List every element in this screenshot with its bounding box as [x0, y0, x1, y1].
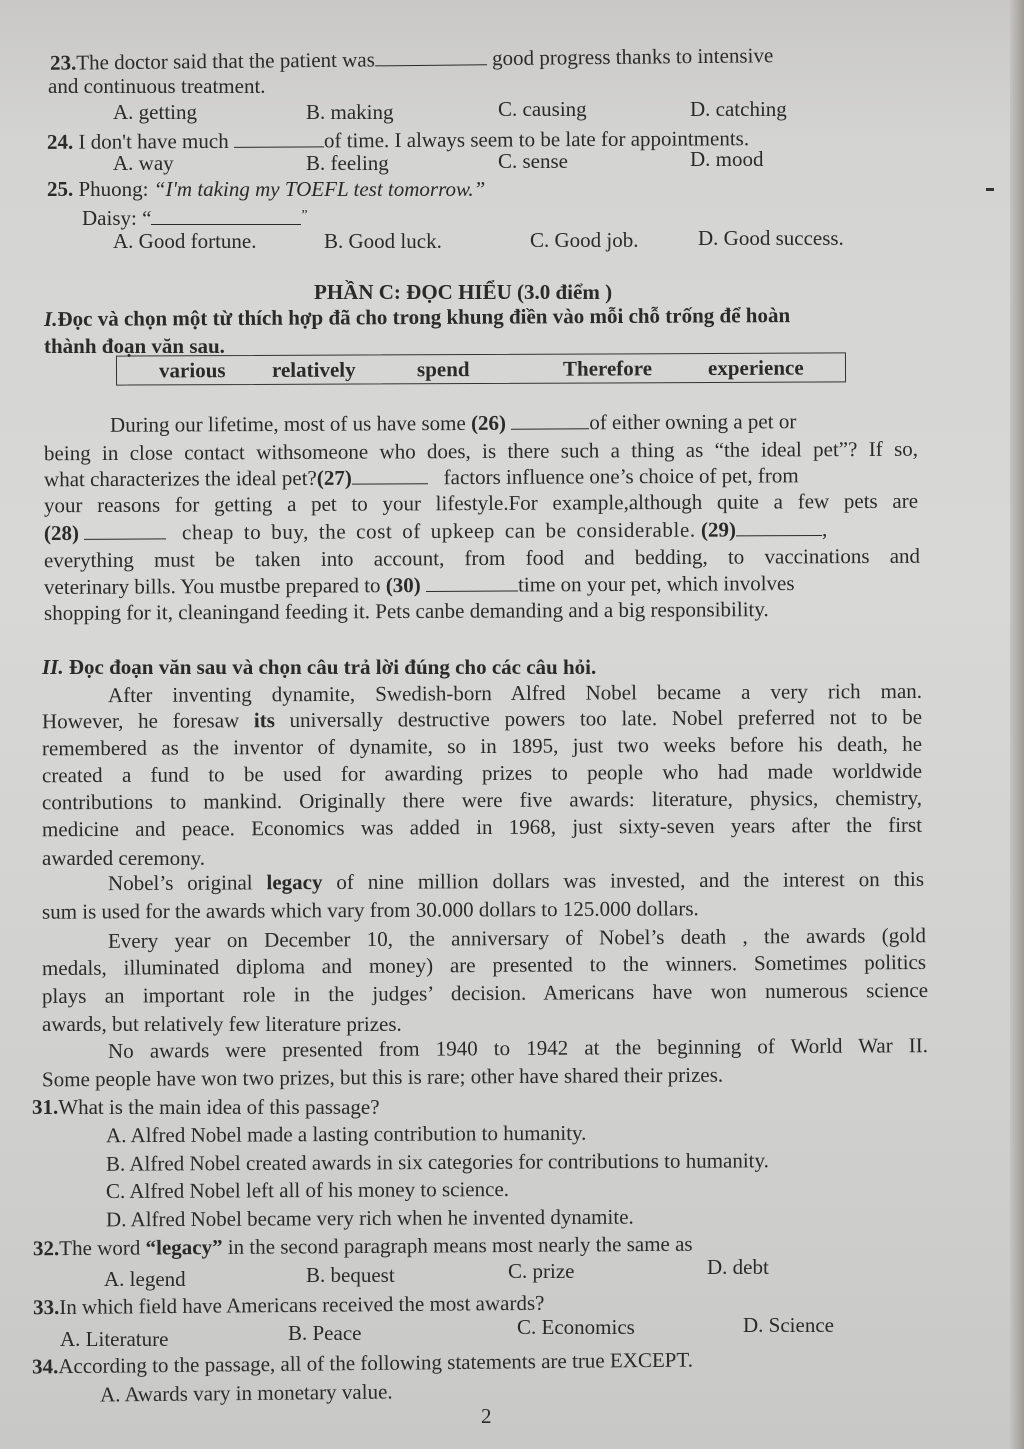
answer-blank[interactable] — [511, 410, 589, 429]
passage1-line: veterinary bills. You mustbe prepared to… — [44, 570, 795, 600]
passage-text: cheap to buy, the cost of upkeep can be … — [182, 518, 696, 545]
word-option[interactable]: spend — [417, 357, 470, 381]
question-number: 25. — [47, 177, 73, 201]
blank-number: (30) — [386, 573, 421, 597]
question-number: 32. — [33, 1236, 59, 1260]
word-option[interactable]: experience — [708, 356, 804, 380]
option-a[interactable]: A. Alfred Nobel made a lasting contribut… — [106, 1120, 587, 1149]
option-b[interactable]: B. bequest — [306, 1262, 395, 1288]
passage1-line: everything must be taken into account, f… — [44, 543, 920, 574]
passage2-line: created a fund to be used for awarding p… — [42, 758, 922, 789]
passage2-line: medicine and peace. Economics was added … — [42, 812, 922, 843]
instruction-text: Đọc và chọn một từ thích hợp đã cho tron… — [57, 303, 790, 331]
answer-blank[interactable] — [84, 520, 166, 539]
page-number: 2 — [481, 1403, 492, 1429]
part1-instruction: I.Đọc và chọn một từ thích hợp đã cho tr… — [44, 302, 790, 332]
word-box: various relatively spend Therefore exper… — [116, 352, 846, 385]
speaker-label: Daisy: “ — [82, 206, 151, 230]
option-a[interactable]: A. legend — [104, 1266, 186, 1292]
passage2-line: plays an important role in the judges’ d… — [42, 977, 928, 1009]
passage-text: Nobel’s original — [108, 870, 267, 895]
passage2-line: However, he foresaw its universally dest… — [42, 704, 922, 735]
option-c[interactable]: C. Economics — [517, 1314, 635, 1340]
blank-number: (28) — [44, 521, 79, 545]
exam-page: 23.The doctor said that the patient was … — [0, 0, 1024, 1449]
answer-blank[interactable] — [234, 122, 324, 147]
option-b[interactable]: B. Alfred Nobel created awards in six ca… — [106, 1147, 769, 1176]
question-text: The doctor said that the patient was — [76, 47, 375, 74]
option-a[interactable]: A. way — [113, 150, 174, 176]
passage2-line: No awards were presented from 1940 to 19… — [108, 1032, 928, 1064]
option-d[interactable]: D. Science — [743, 1312, 834, 1338]
part2-instruction: II. Đọc đoạn văn sau và chọn câu trả lời… — [42, 654, 596, 680]
passage-text: veterinary bills. You mustbe prepared to — [44, 573, 386, 599]
passage-text: time on your pet, which involves — [518, 571, 795, 596]
option-c[interactable]: C. Good job. — [530, 227, 639, 253]
passage-text: of nine million dollars was invested, an… — [322, 867, 924, 894]
page-edge-shadow — [1010, 0, 1024, 1449]
stray-mark — [986, 188, 994, 191]
question-32: 32.The word “legacy” in the second parag… — [33, 1231, 693, 1262]
question-31: 31.What is the main idea of this passage… — [32, 1094, 380, 1120]
option-c[interactable]: C. sense — [498, 148, 568, 174]
question-text: in the second paragraph means most nearl… — [222, 1232, 692, 1259]
highlighted-word: its — [254, 708, 275, 732]
option-d[interactable]: D. mood — [690, 146, 764, 172]
question-23: 23.The doctor said that the patient was … — [50, 42, 773, 76]
passage2-line: Nobel’s original legacy of nine million … — [108, 866, 924, 896]
word-option[interactable]: relatively — [272, 358, 356, 382]
answer-blank[interactable] — [352, 465, 428, 484]
passage2-line: medals, illuminated diploma and money) a… — [42, 949, 926, 981]
passage2-line: awards, but relatively few literature pr… — [42, 1011, 402, 1037]
question-23-continued: and continuous treatment. — [48, 73, 266, 99]
speaker-label: Phuong: — [79, 177, 149, 201]
passage-text: However, he foresaw — [42, 708, 254, 733]
question-25: 25. Phuong: “I'm taking my TOEFL test to… — [47, 176, 485, 202]
option-c[interactable]: C. prize — [508, 1258, 574, 1284]
question-text: In which field have Americans received t… — [59, 1291, 544, 1319]
blank-number: (27) — [317, 466, 352, 490]
passage-text: universally destructive powers too late.… — [275, 705, 922, 732]
passage2-line: Some people have won two prizes, but thi… — [42, 1062, 723, 1093]
passage2-line: awarded ceremony. — [42, 845, 205, 871]
passage1-line: your reasons for getting a pet to your l… — [44, 488, 918, 519]
option-d[interactable]: D. debt — [707, 1254, 769, 1280]
answer-blank[interactable] — [151, 202, 301, 225]
passage-text: During our lifetime, most of us have som… — [110, 411, 471, 437]
answer-blank[interactable] — [426, 572, 518, 591]
option-c[interactable]: C. causing — [498, 96, 587, 122]
question-number: 23. — [50, 51, 76, 75]
passage1-line: During our lifetime, most of us have som… — [110, 408, 796, 438]
word-option[interactable]: Therefore — [563, 356, 652, 380]
blank-number: (26) — [471, 411, 506, 435]
option-b[interactable]: B. feeling — [306, 150, 389, 176]
roman-numeral: I. — [44, 307, 58, 331]
passage2-line: remembered as the inventor of dynamite, … — [42, 731, 922, 762]
option-a[interactable]: A. getting — [113, 99, 197, 125]
option-d[interactable]: D. catching — [690, 96, 787, 122]
question-text: According to the passage, all of the fol… — [58, 1348, 693, 1379]
question-number: 34. — [32, 1354, 58, 1378]
passage1-line: shopping for it, cleaningand feeding it.… — [44, 596, 769, 626]
option-a[interactable]: A. Awards vary in monetary value. — [100, 1378, 393, 1407]
close-quote: ” — [301, 208, 307, 223]
question-34: 34.According to the passage, all of the … — [32, 1347, 693, 1380]
question-number: 31. — [32, 1095, 58, 1119]
option-d[interactable]: D. Alfred Nobel became very rich when he… — [106, 1204, 634, 1233]
option-d[interactable]: D. Good success. — [698, 225, 844, 251]
passage2-line: contributions to mankind. Originally the… — [42, 785, 922, 816]
instruction-text: Đọc đoạn văn sau và chọn câu trả lời đún… — [69, 655, 596, 679]
question-text: The word — [59, 1236, 145, 1261]
roman-numeral: II. — [42, 655, 64, 679]
option-b[interactable]: B. Peace — [288, 1320, 361, 1346]
blank-number: (29) — [701, 517, 736, 541]
option-c[interactable]: C. Alfred Nobel left all of his money to… — [106, 1176, 509, 1204]
quote-text: “I'm taking my TOEFL test tomorrow.” — [154, 177, 486, 201]
highlighted-word: “legacy” — [145, 1235, 222, 1260]
option-a[interactable]: A. Good fortune. — [113, 228, 256, 254]
highlighted-word: legacy — [266, 870, 322, 894]
passage-text: , — [822, 517, 827, 541]
question-text: good progress thanks to intensive — [492, 43, 773, 70]
passage-text: factors influence one’s choice of pet, f… — [444, 463, 799, 489]
option-a[interactable]: A. Literature — [60, 1326, 168, 1352]
option-b[interactable]: B. Good luck. — [324, 228, 442, 254]
question-number: 33. — [33, 1295, 59, 1319]
section-title: PHẦN C: ĐỌC HIỂU (3.0 điểm ) — [314, 279, 612, 305]
answer-blank[interactable] — [736, 517, 822, 536]
passage1-line: (28) cheap to buy, the cost of upkeep ca… — [44, 516, 827, 546]
passage-text: of either owning a pet or — [589, 409, 796, 434]
question-number: 24. — [47, 130, 73, 154]
passage-text: what characterizes the ideal pet? — [44, 466, 317, 491]
word-option[interactable]: various — [159, 358, 226, 382]
answer-blank[interactable] — [375, 46, 487, 66]
question-33: 33.In which field have Americans receive… — [33, 1290, 545, 1320]
question-text: What is the main idea of this passage? — [58, 1095, 379, 1119]
passage2-line: sum is used for the awards which vary fr… — [42, 895, 699, 924]
